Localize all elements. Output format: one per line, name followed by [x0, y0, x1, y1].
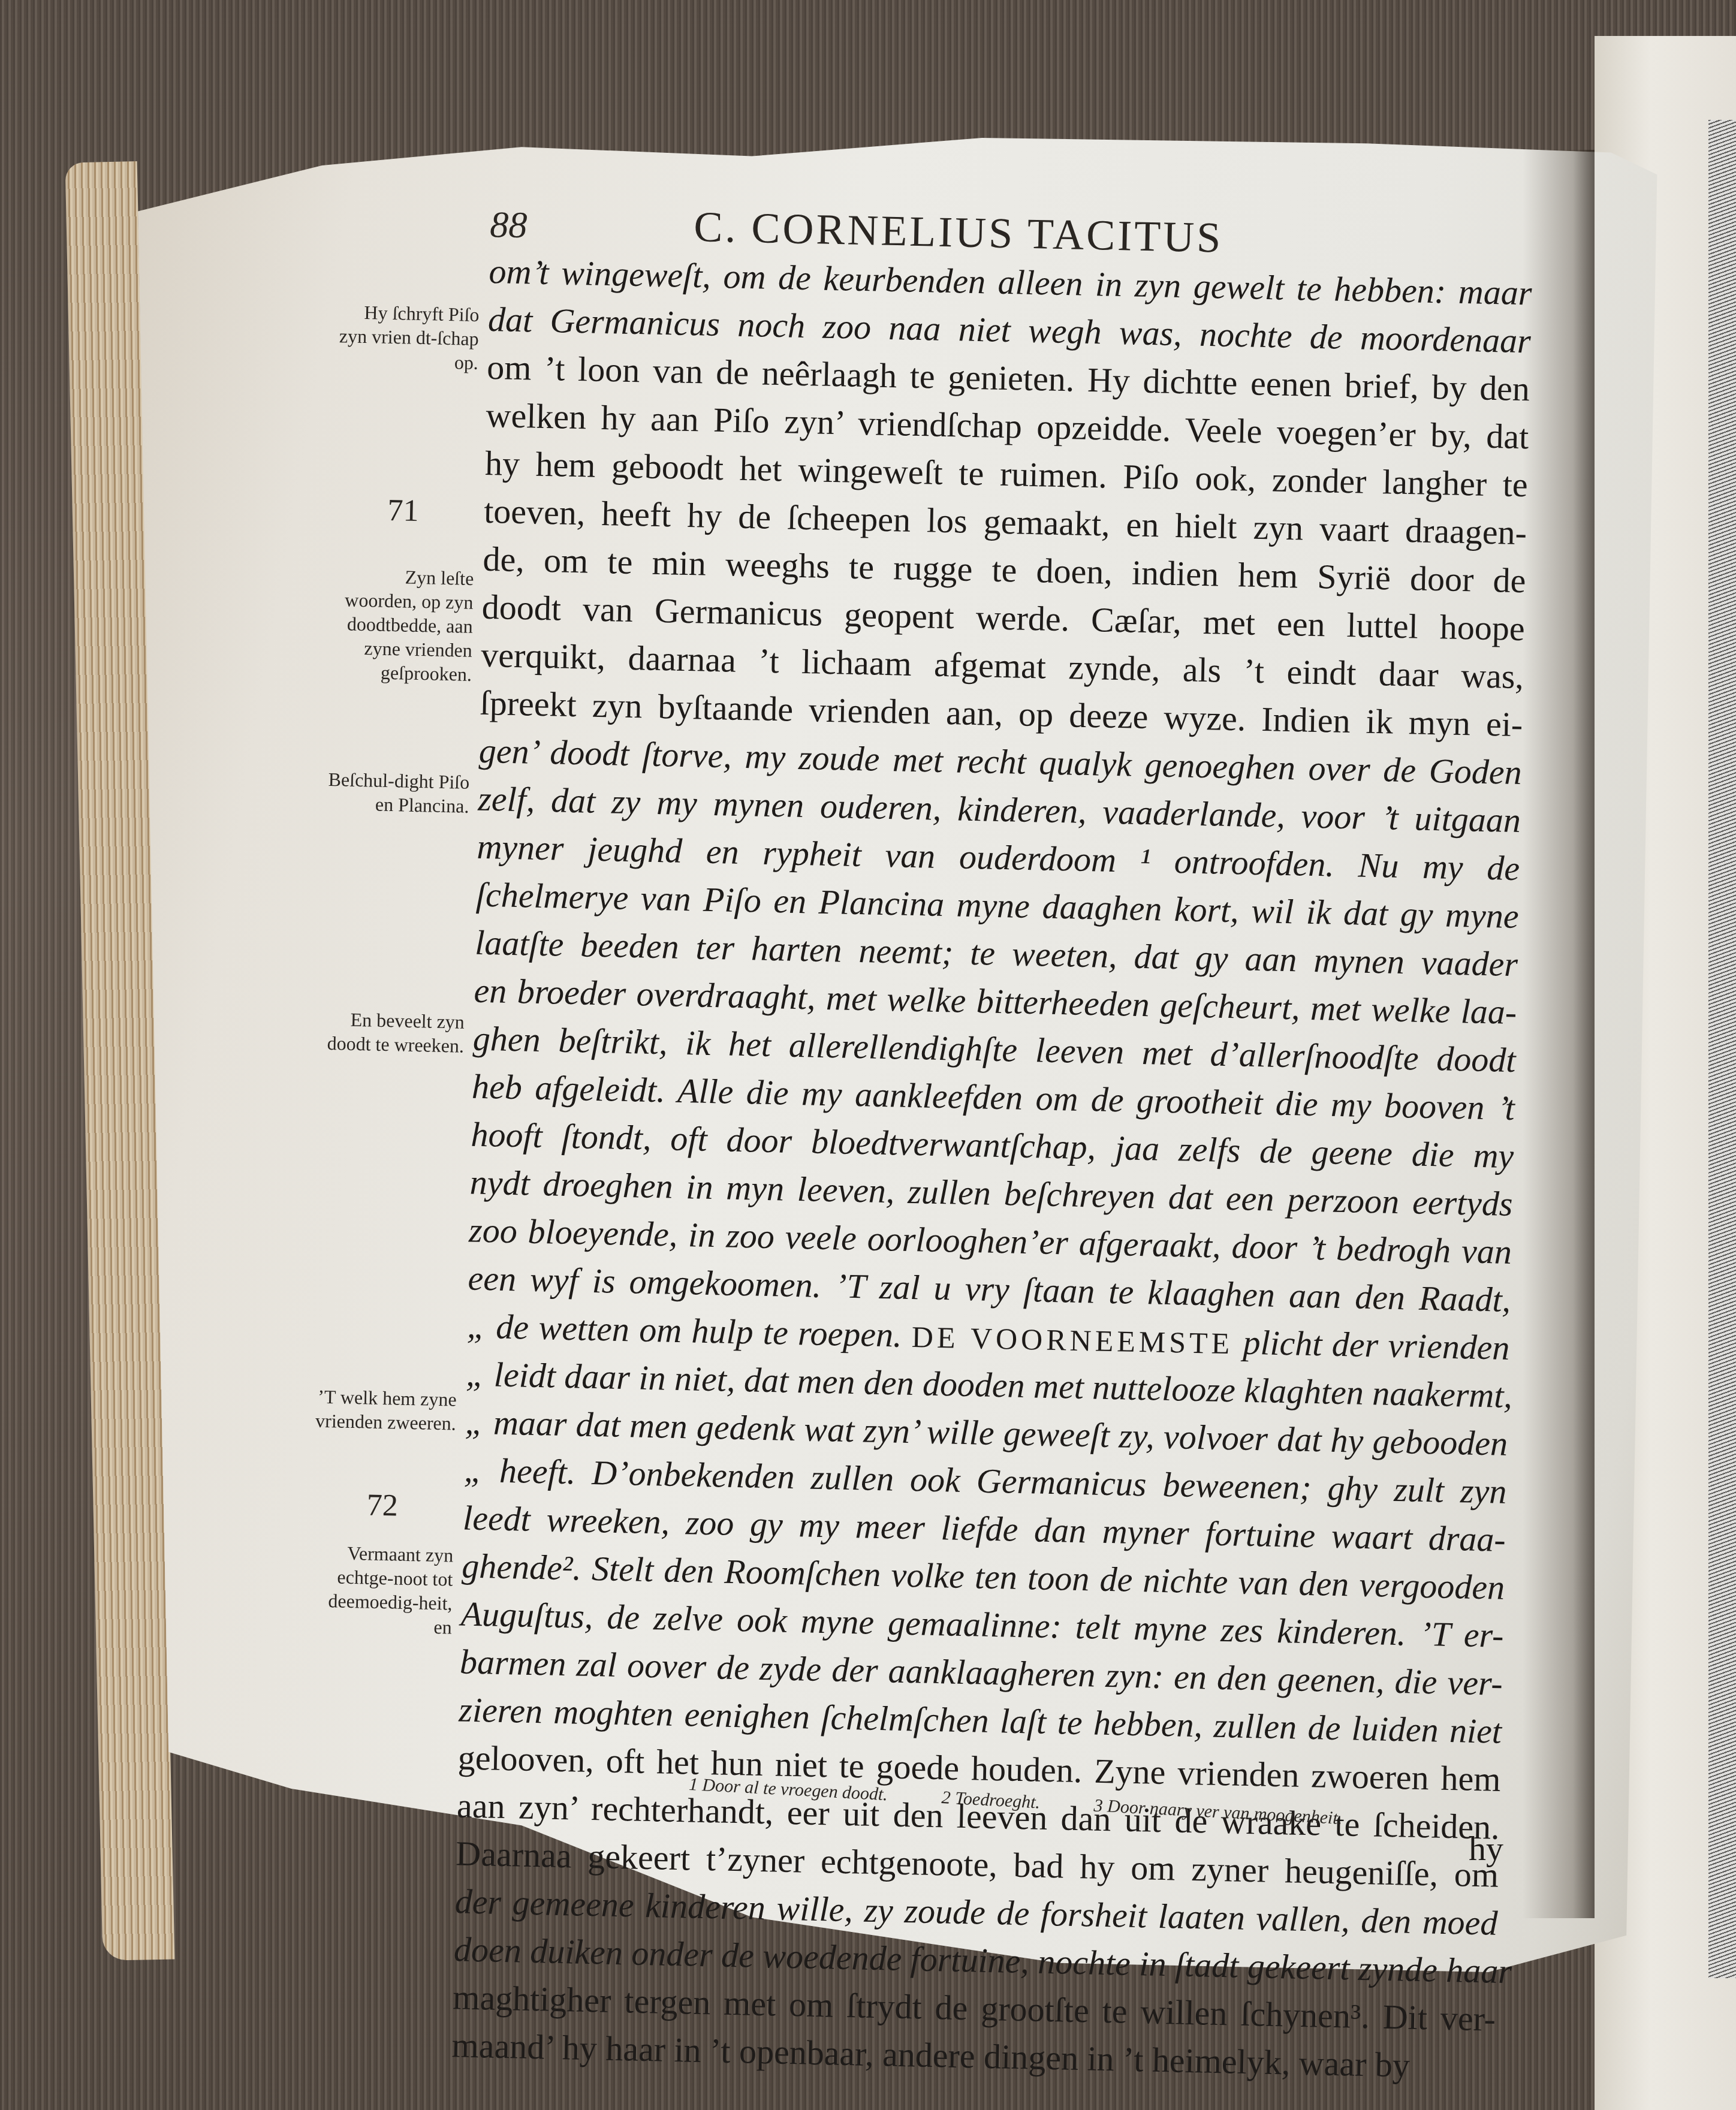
margin-note: Beſchul-dight Piſo en Plancina.	[325, 767, 470, 818]
margin-note: Zyn leſte woorden, op zyn doodtbedde, aa…	[328, 563, 474, 686]
margin-note: Hy ſchryft Piſo zyn vrien dt-ſchap op.	[334, 300, 479, 375]
chapter-number: 72	[310, 1493, 454, 1520]
facing-engraving-edge	[1708, 120, 1736, 1978]
margin-note: En beveelt zyn doodt te wreeken.	[320, 1007, 465, 1058]
gutter-shadow	[1523, 150, 1595, 1918]
catchword: hy	[1469, 1828, 1503, 1868]
page-number: 88	[490, 204, 670, 250]
chapter-number: 71	[331, 498, 475, 525]
smallcaps-emphasis: DE VOORNEEMSTE	[911, 1320, 1233, 1360]
margin-note: ’T welk hem zyne vrienden zweeren.	[312, 1385, 457, 1436]
margin-note: Vermaant zyn echtge-noot tot deemoedig-h…	[308, 1541, 453, 1639]
